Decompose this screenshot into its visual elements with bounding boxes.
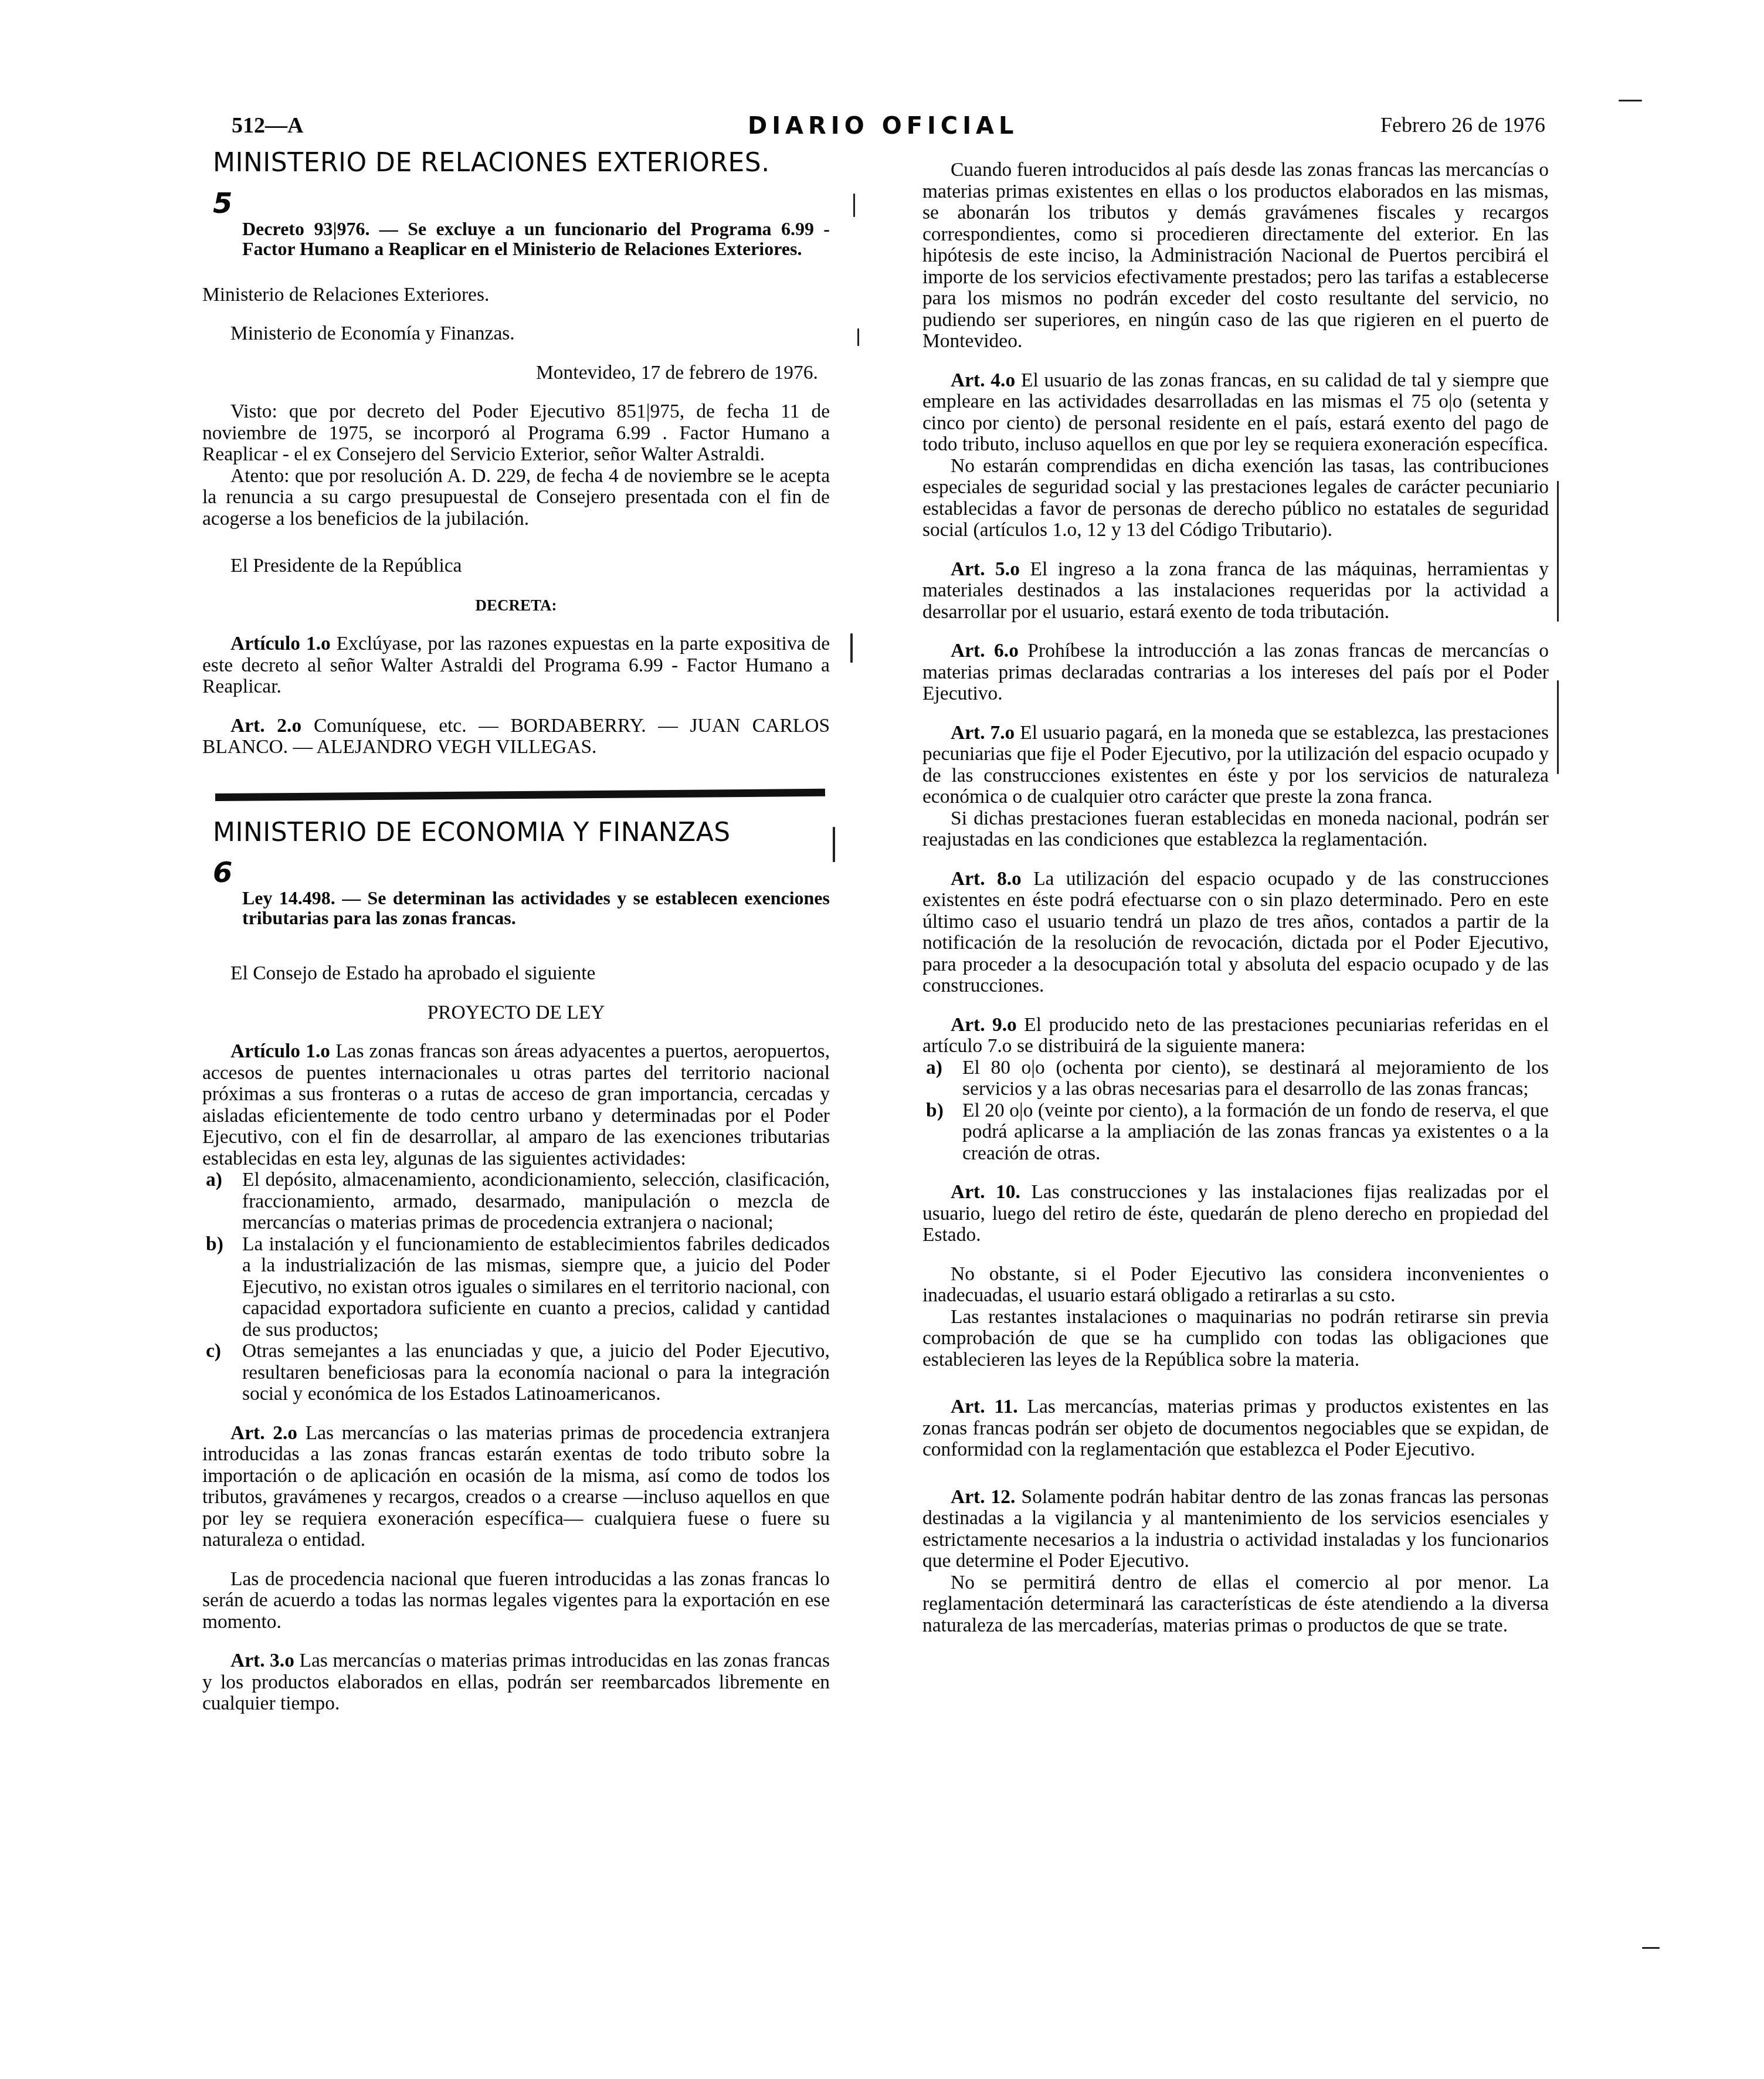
list-marker: a) xyxy=(926,1057,942,1079)
ministry-heading-relaciones-exteriores: MINISTERIO DE RELACIONES EXTERIORES. xyxy=(213,152,830,174)
law-article-1: Artículo 1.o Las zonas francas son áreas… xyxy=(202,1041,830,1169)
list-item: c)Otras semejantes a las enunciadas y qu… xyxy=(202,1341,830,1405)
article-label: Art. 2.o xyxy=(230,1422,297,1444)
law-article-7-paragraph-2: Si dichas prestaciones fueran establecid… xyxy=(922,808,1549,851)
gutter-mark xyxy=(850,633,853,663)
article-label: Art. 6.o xyxy=(951,640,1019,662)
list-marker: b) xyxy=(926,1100,944,1122)
article-9-distribution-list: a)El 80 o|o (ochenta por ciento), se des… xyxy=(922,1057,1549,1165)
list-item: a)El depósito, almacenamiento, acondicio… xyxy=(202,1169,830,1234)
law-article-4-paragraph-2: No estarán comprendidas en dicha exenció… xyxy=(922,456,1549,541)
entry-number-5: 5 xyxy=(213,192,830,215)
law-article-3: Art. 3.o Las mercancías o materias prima… xyxy=(202,1650,830,1715)
gutter-mark xyxy=(1557,680,1559,774)
entry-number-6: 6 xyxy=(213,861,830,884)
law-article-11: Art. 11. Las mercancías, materias primas… xyxy=(922,1396,1549,1461)
visto-paragraph: Visto: que por decreto del Poder Ejecuti… xyxy=(202,401,830,466)
list-item-text: El depósito, almacenamiento, acondiciona… xyxy=(242,1169,830,1233)
list-item-text: El 20 o|o (veinte por ciento), a la form… xyxy=(962,1100,1549,1164)
law-article-7: Art. 7.o El usuario pagará, en la moneda… xyxy=(922,723,1549,808)
margin-mark xyxy=(1642,1947,1660,1949)
issuer-line-1: Ministerio de Relaciones Exteriores. xyxy=(202,284,830,306)
decree-summary: Decreto 93|976. — Se excluye a un funcio… xyxy=(242,219,830,259)
article-text: El producido neto de las prestaciones pe… xyxy=(922,1014,1549,1057)
law-article-10-paragraph-3: Las restantes instalaciones o maquinaria… xyxy=(922,1307,1549,1371)
ministry-heading-economia-finanzas: MINISTERIO DE ECONOMIA Y FINANZAS xyxy=(213,822,830,844)
left-column: MINISTERIO DE RELACIONES EXTERIORES. 5 D… xyxy=(202,147,830,1715)
law-article-2: Art. 2.o Las mercancías o las materias p… xyxy=(202,1423,830,1551)
article-label: Art. 5.o xyxy=(951,558,1020,580)
list-item-text: La instalación y el funcionamiento de es… xyxy=(242,1233,830,1341)
list-item: b)La instalación y el funcionamiento de … xyxy=(202,1234,830,1341)
page-number: 512—A xyxy=(232,113,303,138)
article-label: Artículo 1.o xyxy=(230,1040,330,1062)
law-article-4: Art. 4.o El usuario de las zonas francas… xyxy=(922,370,1549,456)
list-item: b)El 20 o|o (veinte por ciento), a la fo… xyxy=(922,1100,1549,1165)
article-label: Artículo 1.o xyxy=(230,633,331,654)
president-line: El Presidente de la República xyxy=(202,555,830,577)
article-label: Art. 2.o xyxy=(230,715,301,737)
right-column: Cuando fueren introducidos al país desde… xyxy=(922,160,1549,1636)
law-article-3-continued: Cuando fueren introducidos al país desde… xyxy=(922,160,1549,352)
list-item-text: El 80 o|o (ochenta por ciento), se desti… xyxy=(962,1057,1549,1100)
law-article-9: Art. 9.o El producido neto de las presta… xyxy=(922,1015,1549,1057)
margin-mark xyxy=(1619,100,1642,101)
article-label: Art. 8.o xyxy=(951,868,1022,890)
law-article-8: Art. 8.o La utilización del espacio ocup… xyxy=(922,869,1549,997)
article-text: Solamente podrán habitar dentro de las z… xyxy=(922,1486,1549,1572)
gutter-mark xyxy=(833,827,835,862)
gutter-mark xyxy=(853,194,855,217)
list-marker: b) xyxy=(206,1234,223,1256)
issue-date: Febrero 26 de 1976 xyxy=(1380,113,1545,137)
issuer-line-2: Ministerio de Economía y Finanzas. xyxy=(202,323,830,345)
decree-article-1: Artículo 1.o Exclúyase, por las razones … xyxy=(202,633,830,698)
list-marker: c) xyxy=(206,1341,221,1362)
law-article-12-paragraph-2: No se permitirá dentro de ellas el comer… xyxy=(922,1572,1549,1637)
list-marker: a) xyxy=(206,1169,222,1191)
gutter-mark xyxy=(1557,481,1559,622)
article-label: Art. 11. xyxy=(951,1396,1018,1417)
masthead: DIARIO OFICIAL xyxy=(748,113,1019,140)
list-item-text: Otras semejantes a las enunciadas y que,… xyxy=(242,1340,830,1405)
article-text: Las mercancías o materias primas introdu… xyxy=(202,1650,830,1714)
consejo-line: El Consejo de Estado ha aprobado el sigu… xyxy=(202,963,830,985)
section-divider xyxy=(215,788,825,801)
law-article-6: Art. 6.o Prohíbese la introducción a las… xyxy=(922,640,1549,705)
law-article-5: Art. 5.o El ingreso a la zona franca de … xyxy=(922,559,1549,623)
article-label: Art. 9.o xyxy=(951,1014,1017,1036)
place-date: Montevideo, 17 de febrero de 1976. xyxy=(202,362,830,384)
law-article-12: Art. 12. Solamente podrán habitar dentro… xyxy=(922,1487,1549,1572)
article-label: Art. 4.o xyxy=(951,369,1015,391)
article-label: Art. 10. xyxy=(951,1181,1020,1203)
decreta-heading: DECRETA: xyxy=(202,595,830,616)
article-1-activities-list: a)El depósito, almacenamiento, acondicio… xyxy=(202,1169,830,1405)
list-item: a)El 80 o|o (ochenta por ciento), se des… xyxy=(922,1057,1549,1100)
atento-paragraph: Atento: que por resolución A. D. 229, de… xyxy=(202,466,830,530)
decree-article-2: Art. 2.o Comuníquese, etc. — BORDABERRY.… xyxy=(202,715,830,758)
gutter-mark xyxy=(857,328,859,346)
law-article-10-paragraph-2: No obstante, si el Poder Ejecutivo las c… xyxy=(922,1264,1549,1307)
article-label: Art. 3.o xyxy=(230,1650,294,1671)
article-label: Art. 7.o xyxy=(951,722,1015,744)
article-text: El usuario de las zonas francas, en su c… xyxy=(922,369,1549,456)
article-text: El usuario pagará, en la moneda que se e… xyxy=(922,722,1549,808)
law-article-10: Art. 10. Las construcciones y las instal… xyxy=(922,1182,1549,1246)
page-header: 512—A DIARIO OFICIAL Febrero 26 de 1976 xyxy=(232,113,1545,148)
proyecto-heading: PROYECTO DE LEY xyxy=(202,1002,830,1024)
article-label: Art. 12. xyxy=(951,1486,1016,1508)
law-article-2-paragraph-2: Las de procedencia nacional que fueren i… xyxy=(202,1569,830,1633)
law-summary: Ley 14.498. — Se determinan las activida… xyxy=(242,888,830,928)
